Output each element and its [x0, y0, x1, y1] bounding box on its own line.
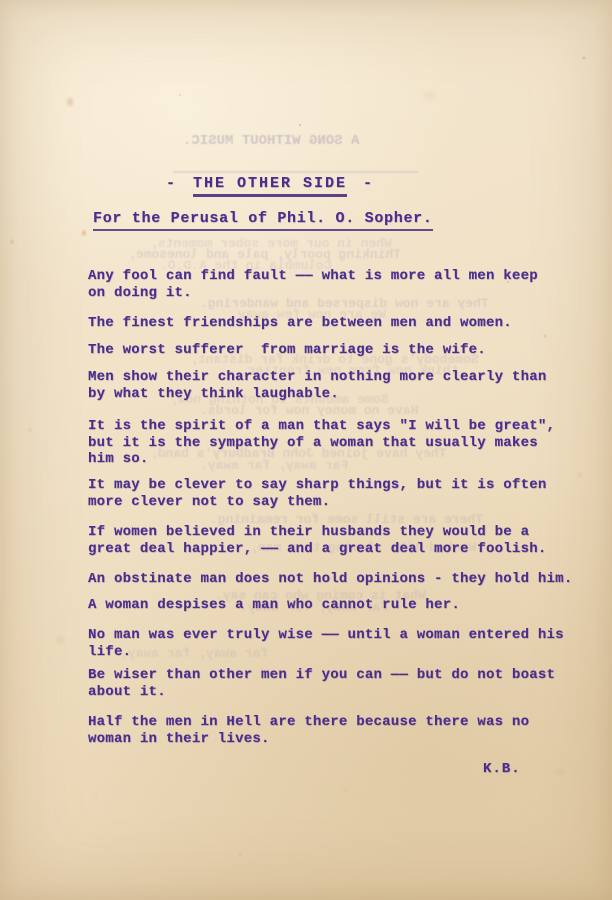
aphorism-paragraph: Any fool can find fault —— what is more … — [88, 268, 538, 301]
aphorism-line: on doing it. — [88, 285, 538, 302]
aphorism-line: Any fool can find fault —— what is more … — [88, 268, 538, 285]
aphorism-line: more clever not to say them. — [88, 494, 547, 511]
bleedthrough-line: Thinking poorly, pale and lonesome, — [128, 247, 401, 262]
aphorism-line: If women believed in their husbands they… — [88, 524, 547, 541]
aphorism-line: The finest friendships are between men a… — [88, 315, 512, 332]
aphorism-line: woman in their lives. — [88, 731, 529, 748]
aphorism-line: An obstinate man does not hold opinions … — [88, 571, 572, 588]
aphorism-line: Be wiser than other men if you can —— bu… — [88, 667, 555, 684]
bleedthrough-line: Have no money now for lords. — [200, 403, 418, 418]
aphorism-paragraph: It is the spirit of a man that says "I w… — [88, 418, 555, 468]
aphorism-paragraph: Half the men in Hell are there because t… — [88, 714, 529, 747]
aphorism-paragraph: No man was ever truly wise —— until a wo… — [88, 627, 564, 660]
aphorism-line: life. — [88, 644, 564, 661]
aphorism-line: but it is the sympathy of a woman that u… — [88, 435, 555, 452]
aphorism-line: Half the men in Hell are there because t… — [88, 714, 529, 731]
aphorism-paragraph: The worst sufferer from marriage is the … — [88, 342, 486, 359]
aphorism-line: Men show their character in nothing more… — [88, 369, 547, 386]
aphorism-line: A woman despises a man who cannot rule h… — [88, 597, 460, 614]
aphorism-paragraph: The finest friendships are between men a… — [88, 315, 512, 332]
aphorism-line: him so. — [88, 451, 555, 468]
bleedthrough-rule — [173, 171, 418, 173]
title-dash-left: - — [166, 175, 177, 192]
page-subtitle: For the Perusal of Phil. O. Sopher. — [93, 210, 433, 231]
aphorism-line: No man was ever truly wise —— until a wo… — [88, 627, 564, 644]
aphorism-line: It may be clever to say sharp things, bu… — [88, 477, 547, 494]
aphorism-paragraph: It may be clever to say sharp things, bu… — [88, 477, 547, 510]
aphorism-paragraph: Men show their character in nothing more… — [88, 369, 547, 402]
aphorism-line: The worst sufferer from marriage is the … — [88, 342, 486, 359]
aphorism-paragraph: If women believed in their husbands they… — [88, 524, 547, 557]
aphorism-line: It is the spirit of a man that says "I w… — [88, 418, 555, 435]
aphorism-paragraph: A woman despises a man who cannot rule h… — [88, 597, 460, 614]
aphorism-line: by what they think laughable. — [88, 386, 547, 403]
bleedthrough-line: A SONG WITHOUT MUSIC. — [183, 133, 359, 149]
title-dash-right: - — [363, 175, 374, 192]
aphorism-line: about it. — [88, 684, 555, 701]
bleedthrough-line: When in our more sober moments, — [150, 236, 392, 251]
aphorism-paragraph: An obstinate man does not hold opinions … — [88, 571, 572, 588]
page-title: - THE OTHER SIDE - — [150, 175, 390, 197]
aphorism-line: great deal happier, —— and a great deal … — [88, 541, 547, 558]
document-page: A SONG WITHOUT MUSIC.When in our more so… — [0, 0, 612, 900]
signature-initials: K.B. — [483, 761, 521, 777]
title-text: THE OTHER SIDE — [193, 175, 347, 197]
aphorism-paragraph: Be wiser than other men if you can —— bu… — [88, 667, 555, 700]
